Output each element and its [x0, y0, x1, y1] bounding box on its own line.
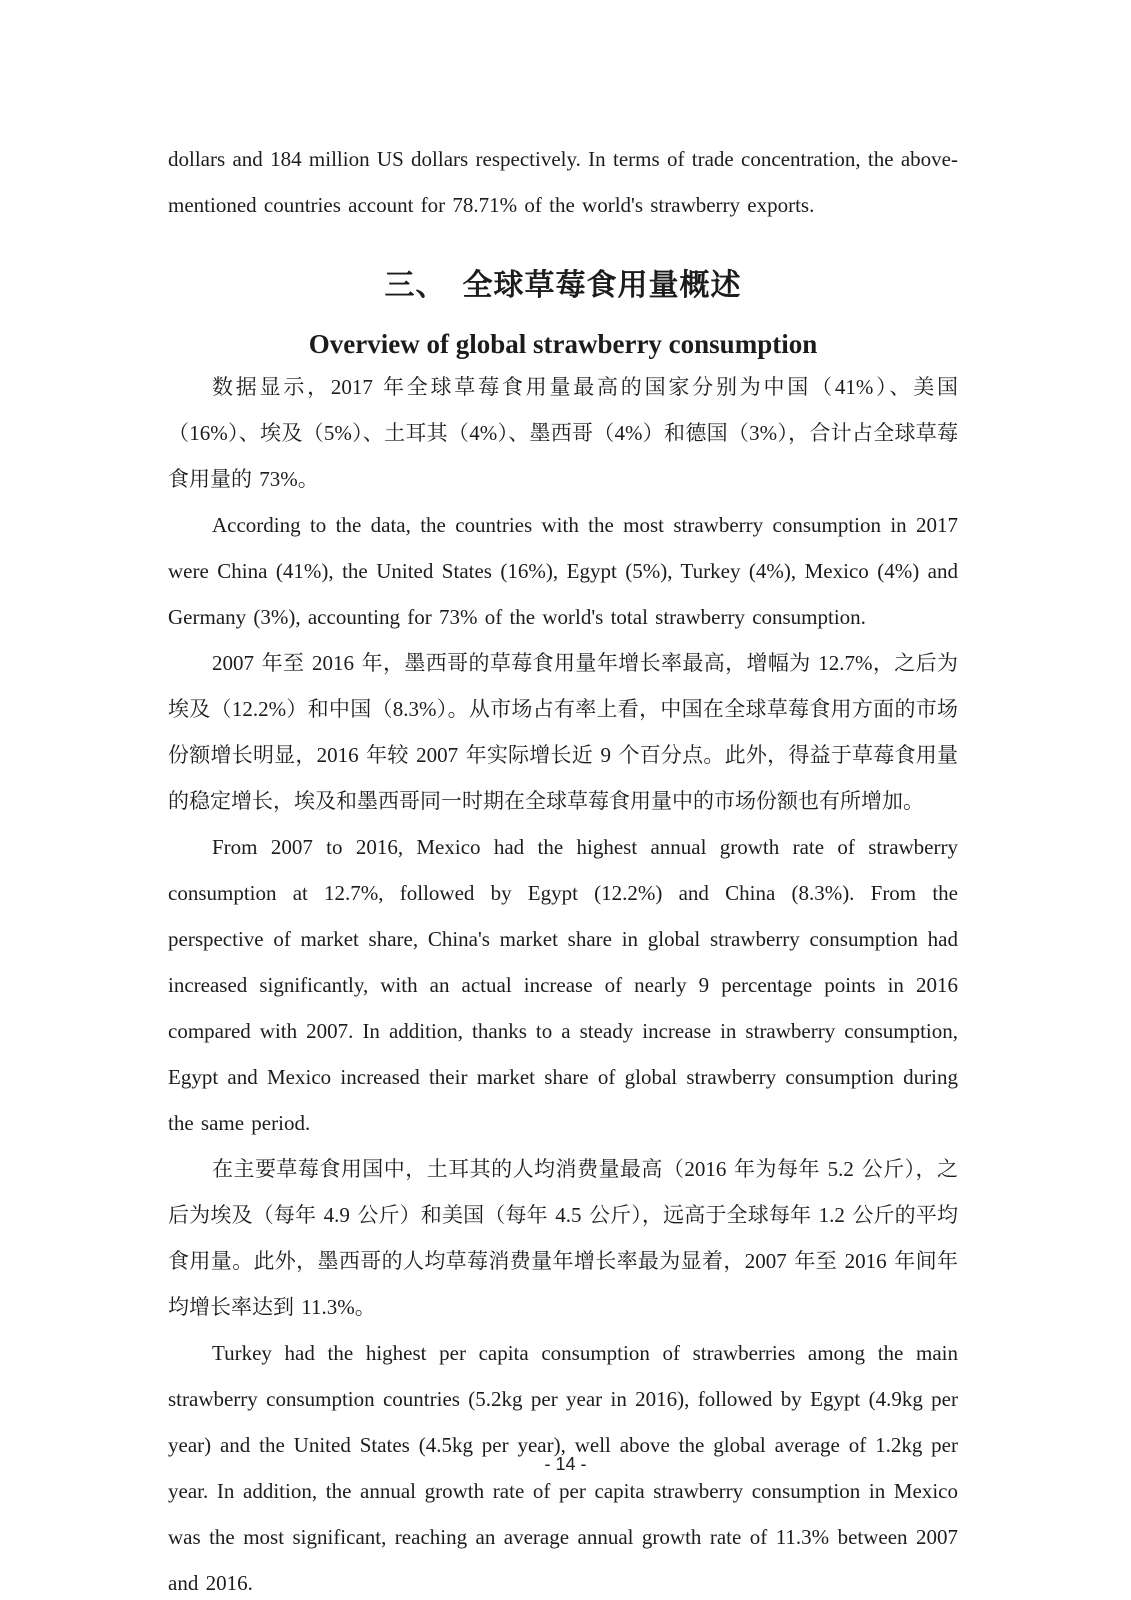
continuation-paragraph: dollars and 184 million US dollars respe…	[168, 136, 958, 228]
paragraph-zh-growth-2007-2016: 2007 年至 2016 年，墨西哥的草莓食用量年增长率最高，增幅为 12.7%…	[168, 640, 958, 824]
section-heading-chinese: 三、 全球草莓食用量概述	[168, 264, 958, 308]
section-heading-english: Overview of global strawberry consumptio…	[168, 324, 958, 364]
paragraph-zh-consumption-2017: 数据显示，2017 年全球草莓食用量最高的国家分别为中国（41%）、美国（16%…	[168, 364, 958, 502]
paragraph-en-consumption-2017: According to the data, the countries wit…	[168, 502, 958, 640]
page-number: - 14 -	[0, 1454, 1131, 1475]
paragraph-zh-per-capita: 在主要草莓食用国中，土耳其的人均消费量最高（2016 年为每年 5.2 公斤），…	[168, 1146, 958, 1330]
document-body: dollars and 184 million US dollars respe…	[168, 0, 958, 1600]
document-page: dollars and 184 million US dollars respe…	[0, 0, 1131, 1600]
paragraph-en-growth-2007-2016: From 2007 to 2016, Mexico had the highes…	[168, 824, 958, 1146]
